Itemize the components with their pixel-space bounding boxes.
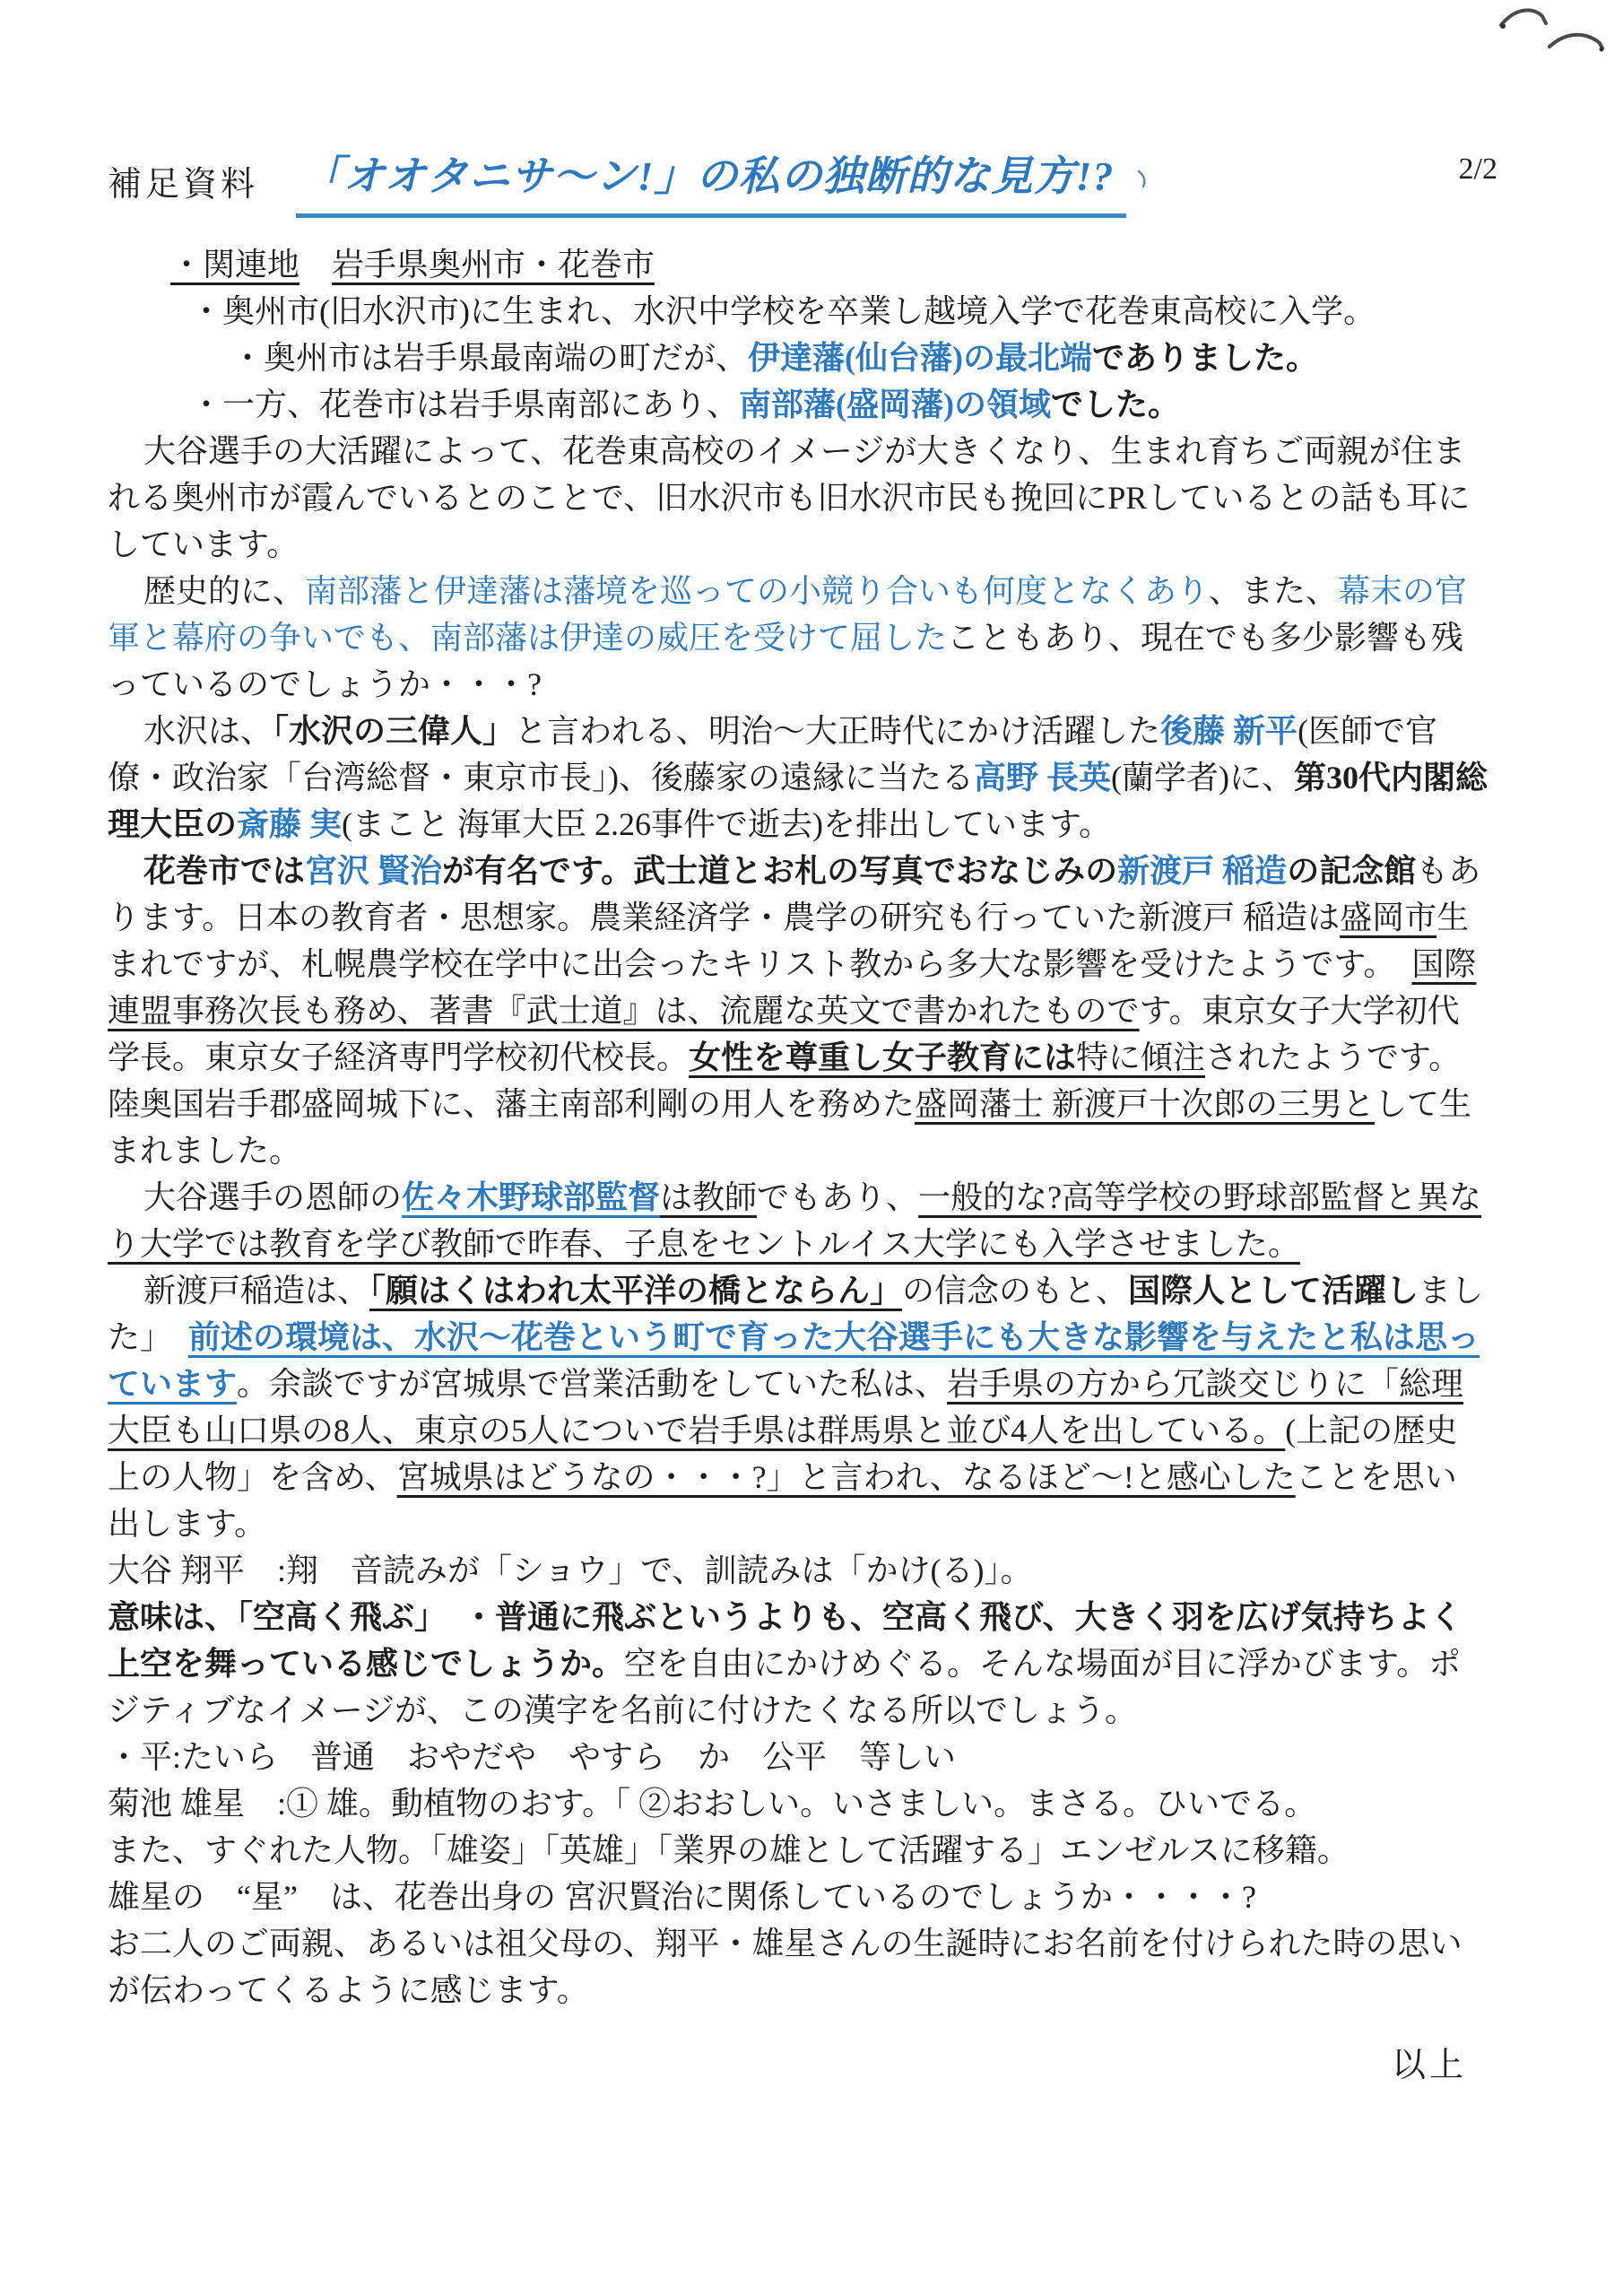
- related-places: ・関連地 岩手県奥州市・花巻市: [108, 241, 1488, 288]
- text-segment: と言われる、明治〜大正時代にかけ活躍した: [515, 713, 1160, 749]
- text-segment: が有名です。: [442, 853, 633, 889]
- text-segment: 斎藤 実: [237, 806, 342, 842]
- text-segment: 陸奥国岩手郡盛岡城下に、藩主南部利剛の用人を務めた: [108, 1086, 915, 1122]
- text-segment: 女性を尊重し女子教育には: [689, 1039, 1076, 1075]
- history-note: 歴史的に、南部藩と伊達藩は藩境を巡っての小競り合いも何度となくあり、また、幕末の…: [108, 568, 1488, 708]
- text-segment: 大谷選手の恩師の: [143, 1179, 402, 1215]
- yusei-note: また、すぐれた人物。「雄姿」「英雄」「業界の雄として活躍する」エンゼルスに移籍。: [108, 1827, 1488, 1874]
- text-segment: 雄星の “星” は、花巻出身の 宮沢賢治に関係しているのでしょうか・・・・?: [108, 1879, 1256, 1915]
- text-segment: 佐々木野球部監督: [402, 1179, 660, 1215]
- pen-mark-icon: [1494, 2, 1610, 69]
- doc-label: 補足資料: [108, 143, 258, 205]
- text-segment: 大谷選手の大活躍によって、花巻東高校のイメージが大きくなり、生まれ育ちご両親が住…: [108, 433, 1470, 562]
- text-segment: (まこと 海軍大臣 2.26事件で逝去)を排出しています。: [342, 806, 1111, 842]
- text-segment: 岩手県奥州市・花巻市: [332, 247, 655, 283]
- title-wrap: 「オオタニサ〜ン!」の私の独断的な見方!?: [296, 143, 1126, 218]
- text-segment: 花巻市では: [143, 853, 305, 889]
- text-segment: 大谷 翔平 :翔 音読みが「ショウ」で、訓読みは「かけ(る)」。: [108, 1552, 1033, 1588]
- text-segment: 南部藩と伊達藩は藩境を巡っての小競り合いも何度となくあり: [305, 573, 1209, 609]
- pen-tick-icon: [1135, 169, 1151, 193]
- text-segment: 意味は、「空高く飛ぶ」: [108, 1599, 430, 1635]
- text-segment: 高野 長英: [974, 760, 1111, 796]
- mizusawa-greats: 水沢は、「水沢の三偉人」と言われる、明治〜大正時代にかけ活躍した後藤 新平(医師…: [108, 708, 1488, 848]
- text-segment: は教師: [660, 1179, 757, 1215]
- text-segment: ・関連地: [170, 247, 299, 283]
- page-number: 2/2: [1459, 143, 1497, 187]
- taira-meanings: ・平:たいら 普通 おやだや やすら か 公平 等しい: [108, 1734, 1488, 1780]
- text-segment: でした。: [1051, 387, 1180, 422]
- text-segment: 盛岡市: [1340, 900, 1436, 935]
- text-segment: (蘭学者)に、: [1111, 760, 1294, 796]
- document-page: 補足資料 「オオタニサ〜ン!」の私の独断的な見方!? 2/2 ・関連地 岩手県奥…: [0, 0, 1623, 2296]
- nitobe-birth: 陸奥国岩手郡盛岡城下に、藩主南部利剛の用人を務めた盛岡藩士 新渡戸十次郎の三男と…: [108, 1081, 1488, 1174]
- birth-note: ・奥州市(旧水沢市)に生まれ、水沢中学校を卒業し越境入学で花巻東高校に入学。: [108, 288, 1488, 335]
- text-segment: 後藤 新平: [1160, 713, 1298, 749]
- text-segment: 水沢は、: [143, 713, 273, 749]
- text-segment: でありました。: [1092, 340, 1318, 376]
- yusei-star-question: 雄星の “星” は、花巻出身の 宮沢賢治に関係しているのでしょうか・・・・?: [108, 1874, 1488, 1920]
- hanamaki-nitobe: 花巻市では宮沢 賢治が有名です。武士道とお札の写真でおなじみの新渡戸 稲造の記念…: [108, 848, 1488, 1081]
- text-segment: 南部藩(盛岡藩)の領域: [739, 387, 1051, 422]
- text-segment: 盛岡藩士 新渡戸十次郎の三男と: [915, 1086, 1375, 1122]
- text-segment: 「水沢の三偉人」: [273, 713, 515, 749]
- text-segment: でもあり、: [757, 1179, 918, 1215]
- text-segment: 歴史的に、: [143, 573, 305, 609]
- text-segment: 新渡戸 稲造: [1117, 853, 1287, 889]
- text-segment: 国際人として活躍し: [1128, 1273, 1419, 1309]
- text-segment: ・平:たいら 普通 おやだや やすら か 公平 等しい: [108, 1739, 956, 1775]
- text-segment: また、すぐれた人物。「雄姿」「英雄」「業界の雄として活躍する」エンゼルスに移籍。: [108, 1832, 1350, 1868]
- text-segment: の信念のもと、: [902, 1273, 1128, 1309]
- text-segment: されたようです。: [1205, 1039, 1461, 1075]
- document-body: ・関連地 岩手県奥州市・花巻市・奥州市(旧水沢市)に生まれ、水沢中学校を卒業し越…: [108, 241, 1488, 2013]
- text-segment: 菊池 雄星 :① 雄。動植物のおす。「 ②おおしい。いさましい。まさる。ひいでる…: [108, 1786, 1316, 1822]
- page-title: 「オオタニサ〜ン!」の私の独断的な見方!?: [296, 143, 1126, 218]
- kikuchi-yusei-name: 菊池 雄星 :① 雄。動植物のおす。「 ②おおしい。いさましい。まさる。ひいでる…: [108, 1780, 1488, 1827]
- text-segment: 宮沢 賢治: [305, 853, 442, 889]
- nanbu-clan-note: ・一方、花巻市は岩手県南部にあり、南部藩(盛岡藩)の領域でした。: [108, 381, 1488, 428]
- text-segment: の記念館: [1287, 853, 1416, 889]
- text-segment: 宮城県はどうなの・・・?」と言われ、なるほど〜!と感心した: [397, 1459, 1296, 1495]
- text-segment: 、また、: [1209, 573, 1338, 609]
- shohei-meaning: 意味は、「空高く飛ぶ」 ・普通に飛ぶというよりも、空高く飛び、大きく羽を広げ気持…: [108, 1594, 1488, 1734]
- text-segment: ・一方、花巻市は岩手県南部にあり、: [190, 387, 739, 422]
- text-segment: ・奥州市(旧水沢市)に生まれ、水沢中学校を卒業し越境入学で花巻東高校に入学。: [190, 293, 1376, 329]
- ohtani-effect: 大谷選手の大活躍によって、花巻東高校のイメージが大きくなり、生まれ育ちご両親が住…: [108, 428, 1488, 568]
- text-segment: 「願はくはわれ太平洋の橋とならん」: [369, 1273, 902, 1309]
- date-clan-note: ・奥州市は岩手県最南端の町だが、伊達藩(仙台藩)の最北端でありました。: [108, 335, 1488, 381]
- text-segment: [299, 247, 332, 283]
- text-segment: 伊達藩(仙台藩)の最北端: [748, 340, 1092, 376]
- text-segment: 特に傾注: [1076, 1039, 1205, 1075]
- sasaki-coach: 大谷選手の恩師の佐々木野球部監督は教師でもあり、一般的な?高等学校の野球部監督と…: [108, 1174, 1488, 1267]
- parents-closing: お二人のご両親、あるいは祖父母の、翔平・雄星さんの生誕時にお名前を付けられた時の…: [108, 1920, 1488, 2013]
- text-segment: 。余談ですが宮城県で営業活動をしていた私は、: [237, 1366, 947, 1402]
- text-segment: ・奥州市は岩手県最南端の町だが、: [231, 340, 748, 376]
- text-segment: ・: [430, 1599, 495, 1635]
- document-header: 補足資料 「オオタニサ〜ン!」の私の独断的な見方!? 2/2: [108, 143, 1488, 218]
- text-segment: 新渡戸稲造は、: [143, 1273, 369, 1309]
- text-segment: 武士道とお札の写真でおなじみの: [633, 853, 1117, 889]
- nitobe-motto: 新渡戸稲造は、「願はくはわれ太平洋の橋とならん」の信念のもと、国際人として活躍し…: [108, 1267, 1488, 1547]
- text-segment: 前述の環境は、: [188, 1319, 414, 1355]
- ohtani-shohei-name: 大谷 翔平 :翔 音読みが「ショウ」で、訓読みは「かけ(る)」。: [108, 1547, 1488, 1594]
- closing-mark: 以上: [108, 2037, 1488, 2086]
- text-segment: お二人のご両親、あるいは祖父母の、翔平・雄星さんの生誕時にお名前を付けられた時の…: [108, 1926, 1462, 2008]
